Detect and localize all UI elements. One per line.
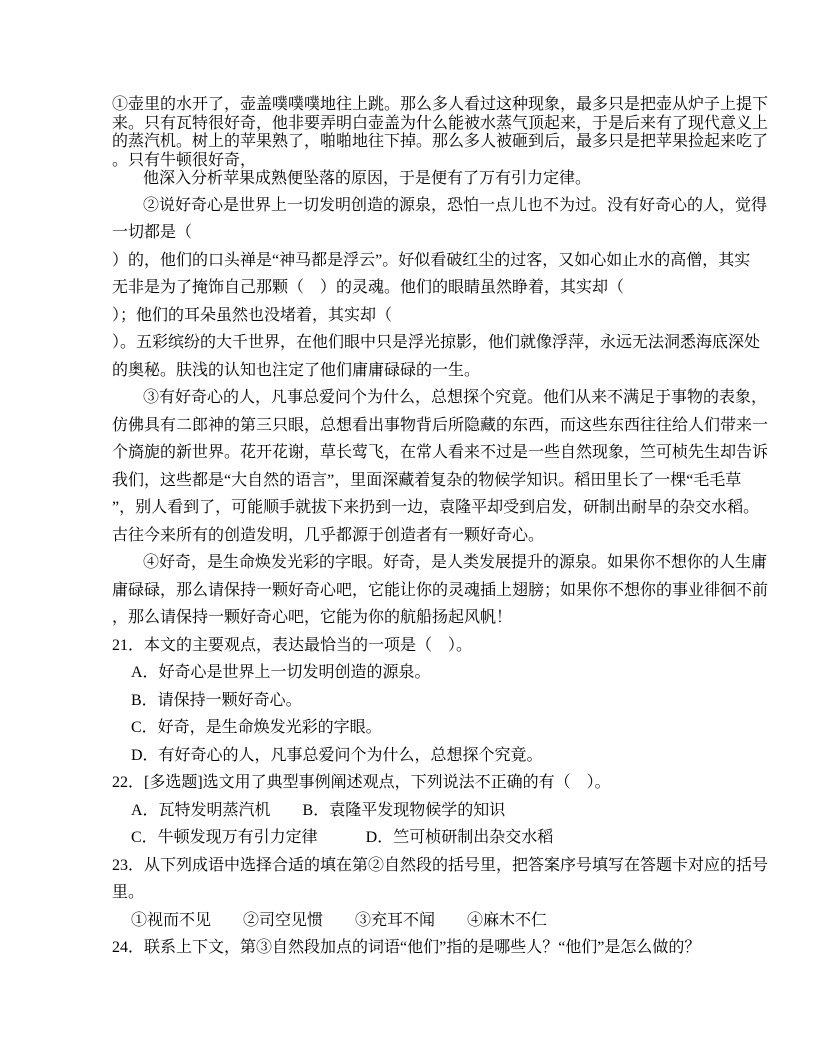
text-line: ②说好奇心是世界上一切发明创造的源泉，恐怕一点儿也不为过。没有好奇心的人，觉得 xyxy=(112,192,704,220)
text-line: 24．联系上下文，第③自然段加点的词语“他们”指的是哪些人？“他们”是怎么做的？ xyxy=(112,934,704,962)
text-line: ）；他们的耳朵虽然也没堵着，其实却（ xyxy=(112,302,704,330)
text-line: ，那么请保持一颗好奇心吧，它能为你的航船扬起风帆！ xyxy=(112,604,704,632)
text-line: 的蒸汽机。树上的苹果熟了，啪啪地往下掉。那么多人被砸到后，最多只是把苹果捡起来吃… xyxy=(112,133,704,152)
text-line: A．好奇心是世界上一切发明创造的源泉。 xyxy=(112,659,704,687)
text-line: 庸碌碌，那么请保持一颗好奇心吧，它能让你的灵魂插上翅膀；如果你不想你的事业徘徊不… xyxy=(112,577,704,605)
text-line: 21．本文的主要观点，表达最恰当的一项是（ ）。 xyxy=(112,632,704,660)
text-line: C．牛顿发现万有引力定律 D．竺可桢研制出杂交水稻 xyxy=(112,824,704,852)
text-line: 里。 xyxy=(112,879,704,907)
question-24: 24．联系上下文，第③自然段加点的词语“他们”指的是哪些人？“他们”是怎么做的？ xyxy=(112,934,704,962)
text-line: A．瓦特发明蒸汽机 B．袁隆平发现物候学的知识 xyxy=(112,797,704,825)
text-line: B．请保持一颗好奇心。 xyxy=(112,687,704,715)
text-line: ④好奇，是生命焕发光彩的字眼。好奇，是人类发展提升的源泉。如果你不想你的人生庸 xyxy=(112,549,704,577)
text-line: 我们，这些都是“大自然的语言”，里面深藏着复杂的物候学知识。稻田里长了一棵“毛毛… xyxy=(112,467,704,495)
text-line: 仿佛具有二郎神的第三只眼，总想看出事物背后所隐藏的东西，而这些东西往往给人们带来… xyxy=(112,412,704,440)
question-22: 22．[多选题]选文用了典型事例阐述观点，下列说法不正确的有（ ）。A．瓦特发明… xyxy=(112,769,704,852)
paragraph-2: ②说好奇心是世界上一切发明创造的源泉，恐怕一点儿也不为过。没有好奇心的人，觉得一… xyxy=(112,192,704,385)
text-line: 22．[多选题]选文用了典型事例阐述观点，下列说法不正确的有（ ）。 xyxy=(112,769,704,797)
text-line: 的奥秘。肤浅的认知也注定了他们庸庸碌碌的一生。 xyxy=(112,357,704,385)
intro-paragraph: ①壶里的水开了，壶盖噗噗噗地往上跳。那么多人看过这种现象，最多只是把壶从炉子上提… xyxy=(112,96,704,189)
text-line: ①壶里的水开了，壶盖噗噗噗地往上跳。那么多人看过这种现象，最多只是把壶从炉子上提… xyxy=(112,96,704,115)
paragraph-3: ③有好奇心的人，凡事总爱问个为什么，总想探个究竟。他们从来不满足于事物的表象，仿… xyxy=(112,384,704,549)
text-line: ）。五彩缤纷的大千世界，在他们眼中只是浮光掠影，他们就像浮萍，永远无法洞悉海底深… xyxy=(112,329,704,357)
text-line: ）的，他们的口头禅是“神马都是浮云”。好似看破红尘的过客，又如心如止水的高僧，其… xyxy=(112,247,704,275)
question-21: 21．本文的主要观点，表达最恰当的一项是（ ）。A．好奇心是世界上一切发明创造的… xyxy=(112,632,704,770)
text-line: ”，别人看到了，可能顺手就拔下来扔到一边，袁隆平却受到启发，研制出耐旱的杂交水稻… xyxy=(112,494,704,522)
text-line: C．好奇，是生命焕发光彩的字眼。 xyxy=(112,714,704,742)
text-line: ①视而不见 ②司空见惯 ③充耳不闻 ④麻木不仁 xyxy=(112,907,704,935)
paragraph-4: ④好奇，是生命焕发光彩的字眼。好奇，是人类发展提升的源泉。如果你不想你的人生庸庸… xyxy=(112,549,704,632)
text-line: 古往今来所有的创造发明，几乎都源于创造者有一颗好奇心。 xyxy=(112,522,704,550)
question-23: 23．从下列成语中选择合适的填在第②自然段的括号里，把答案序号填写在答题卡对应的… xyxy=(112,852,704,935)
document-body: ①壶里的水开了，壶盖噗噗噗地往上跳。那么多人看过这种现象，最多只是把壶从炉子上提… xyxy=(0,0,816,962)
text-line: 23．从下列成语中选择合适的填在第②自然段的括号里，把答案序号填写在答题卡对应的… xyxy=(112,852,704,880)
text-line: 他深入分析苹果成熟便坠落的原因，于是便有了万有引力定律。 xyxy=(112,170,704,189)
text-line: 个旖旎的新世界。花开花谢，草长莺飞，在常人看来不过是一些自然现象，竺可桢先生却告… xyxy=(112,439,704,467)
text-line: ③有好奇心的人，凡事总爱问个为什么，总想探个究竟。他们从来不满足于事物的表象， xyxy=(112,384,704,412)
text-line: 。只有牛顿很好奇， xyxy=(112,152,704,171)
document-page: ①壶里的水开了，壶盖噗噗噗地往上跳。那么多人看过这种现象，最多只是把壶从炉子上提… xyxy=(0,0,816,1056)
text-line: 一切都是（ xyxy=(112,219,704,247)
text-line: 来。只有瓦特很好奇，他非要弄明白壶盖为什么能被水蒸气顶起来，于是后来有了现代意义… xyxy=(112,115,704,134)
text-line: 无非是为了掩饰自己那颗（ ）的灵魂。他们的眼睛虽然睁着，其实却（ xyxy=(112,274,704,302)
text-line: D．有好奇心的人，凡事总爱问个为什么，总想探个究竟。 xyxy=(112,742,704,770)
